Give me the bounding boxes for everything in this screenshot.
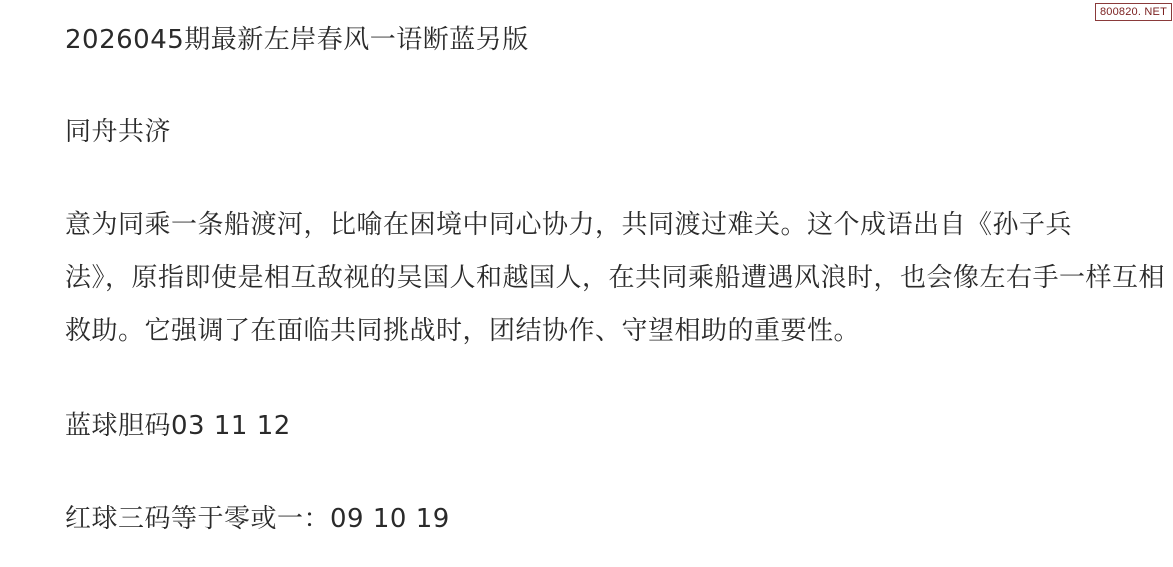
site-watermark: 800820. NET [1095,3,1172,21]
description-line: 救助。它强调了在面临共同挑战时，团结协作、守望相助的重要性。 [65,305,1165,358]
red-ball-numbers: 红球三码等于零或一：09 10 19 [65,493,450,545]
idiom-heading: 同舟共济 [65,106,171,158]
description-line: 意为同乘一条船渡河，比喻在困境中同心协力，共同渡过难关。这个成语出自《孙子兵 [65,199,1165,252]
blue-ball-numbers: 蓝球胆码03 11 12 [65,400,291,452]
idiom-description: 意为同乘一条船渡河，比喻在困境中同心协力，共同渡过难关。这个成语出自《孙子兵 法… [65,199,1165,358]
description-line: 法》，原指即使是相互敌视的吴国人和越国人，在共同乘船遭遇风浪时，也会像左右手一样… [65,252,1165,305]
article-title: 2026045期最新左岸春风一语断蓝另版 [65,14,529,66]
